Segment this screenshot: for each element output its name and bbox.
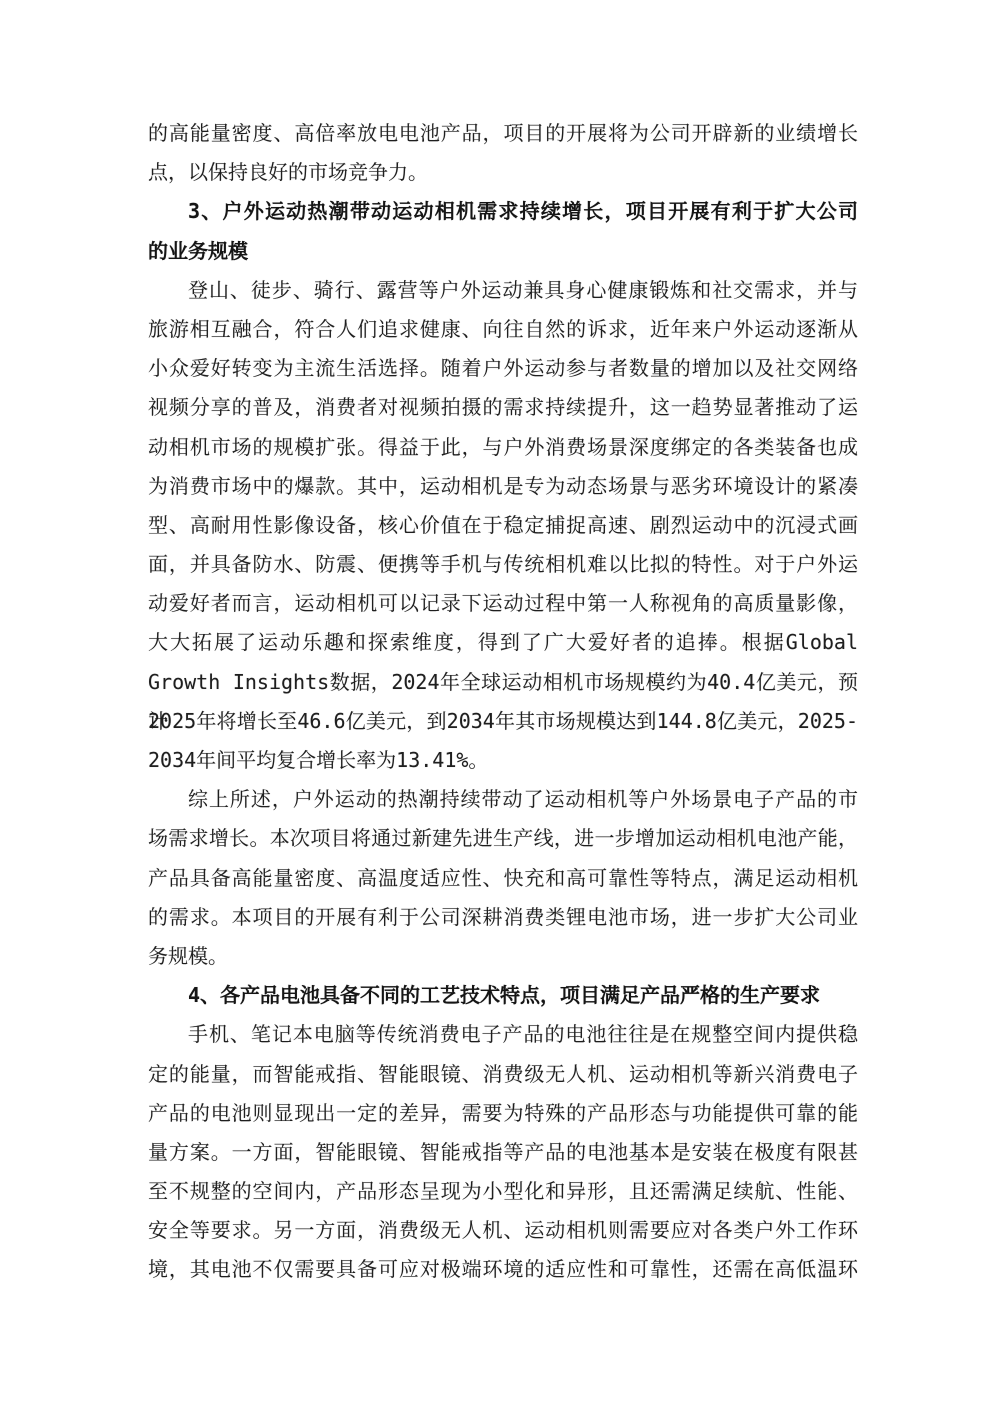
text-line: 动相机市场的规模扩张。得益于此，与户外消费场景深度绑定的各类装备也成 — [148, 428, 858, 467]
text-line: 点，以保持良好的市场竞争力。 — [148, 153, 858, 192]
text-line: 登山、徒步、骑行、露营等户外运动兼具身心健康锻炼和社交需求，并与 — [148, 271, 858, 310]
text-line: 综上所述，户外运动的热潮持续带动了运动相机等户外场景电子产品的市 — [148, 780, 858, 819]
text-line: 大大拓展了运动乐趣和探索维度，得到了广大爱好者的追捧。根据Global — [148, 623, 858, 662]
text-line: 场需求增长。本次项目将通过新建先进生产线，进一步增加运动相机电池产能， — [148, 819, 858, 858]
text-line: 至不规整的空间内，产品形态呈现为小型化和异形，且还需满足续航、性能、 — [148, 1172, 858, 1211]
text-line: 视频分享的普及，消费者对视频拍摄的需求持续提升，这一趋势显著推动了运 — [148, 388, 858, 427]
heading-line: 3、户外运动热潮带动运动相机需求持续增长，项目开展有利于扩大公司 — [148, 192, 858, 231]
text-line: 的高能量密度、高倍率放电电池产品，项目的开展将为公司开辟新的业绩增长 — [148, 114, 858, 153]
text-line: 为消费市场中的爆款。其中，运动相机是专为动态场景与恶劣环境设计的紧凑 — [148, 467, 858, 506]
text-line: 产品具备高能量密度、高温度适应性、快充和高可靠性等特点，满足运动相机 — [148, 859, 858, 898]
text-line: 境，其电池不仅需要具备可应对极端环境的适应性和可靠性，还需在高低温环 — [148, 1250, 858, 1289]
text-line: 小众爱好转变为主流生活选择。随着户外运动参与者数量的增加以及社交网络 — [148, 349, 858, 388]
text-line: 定的能量，而智能戒指、智能眼镜、消费级无人机、运动相机等新兴消费电子 — [148, 1055, 858, 1094]
heading-line: 4、各产品电池具备不同的工艺技术特点，项目满足产品严格的生产要求 — [148, 976, 858, 1015]
text-line: 2034年间平均复合增长率为13.41%。 — [148, 741, 858, 780]
text-line: 动爱好者而言，运动相机可以记录下运动过程中第一人称视角的高质量影像， — [148, 584, 858, 623]
text-line: 手机、笔记本电脑等传统消费电子产品的电池往往是在规整空间内提供稳 — [148, 1015, 858, 1054]
heading-line: 的业务规模 — [148, 232, 858, 271]
text-line: 的需求。本项目的开展有利于公司深耕消费类锂电池市场，进一步扩大公司业 — [148, 898, 858, 937]
text-line: 产品的电池则显现出一定的差异，需要为特殊的产品形态与功能提供可靠的能 — [148, 1094, 858, 1133]
text-line: 安全等要求。另一方面，消费级无人机、运动相机则需要应对各类户外工作环 — [148, 1211, 858, 1250]
document-page: 的高能量密度、高倍率放电电池产品，项目的开展将为公司开辟新的业绩增长点，以保持良… — [0, 0, 1000, 1414]
text-line: 量方案。一方面，智能眼镜、智能戒指等产品的电池基本是安装在极度有限甚 — [148, 1133, 858, 1172]
text-line: 型、高耐用性影像设备，核心价值在于稳定捕捉高速、剧烈运动中的沉浸式画 — [148, 506, 858, 545]
text-line: 2025年将增长至46.6亿美元，到2034年其市场规模达到144.8亿美元，2… — [148, 702, 858, 741]
text-line: 旅游相互融合，符合人们追求健康、向往自然的诉求，近年来户外运动逐渐从 — [148, 310, 858, 349]
text-line: 面，并具备防水、防震、便携等手机与传统相机难以比拟的特性。对于户外运 — [148, 545, 858, 584]
text-line: 务规模。 — [148, 937, 858, 976]
text-line: Growth Insights数据，2024年全球运动相机市场规模约为40.4亿… — [148, 663, 858, 702]
page-text: 的高能量密度、高倍率放电电池产品，项目的开展将为公司开辟新的业绩增长点，以保持良… — [148, 114, 858, 1290]
